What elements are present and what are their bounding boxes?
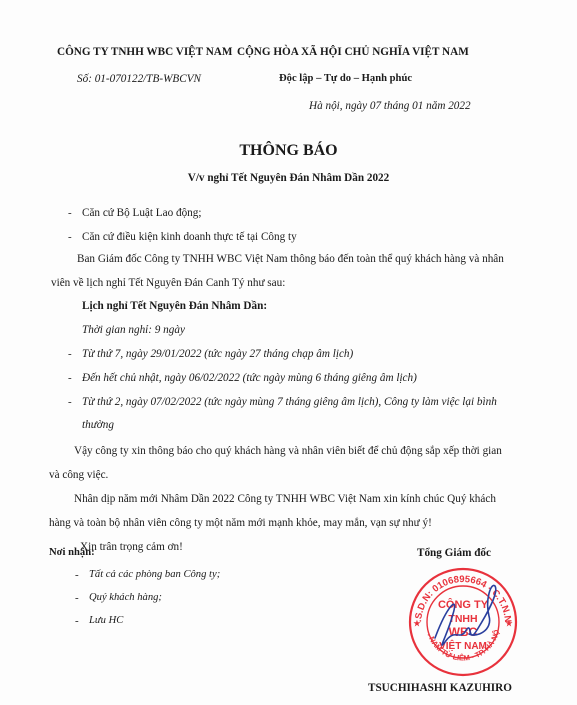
schedule-item: Đến hết chủ nhật, ngày 06/02/2022 (tức n… — [82, 372, 417, 384]
basis-item: Căn cứ điều kiện kinh doanh thực tế tại … — [82, 231, 297, 243]
bullet-dash: - — [68, 231, 72, 243]
motto: Độc lập – Tự do – Hạnh phúc — [279, 73, 412, 84]
bullet-dash: - — [68, 396, 72, 408]
bullet-dash: - — [68, 348, 72, 360]
notice-line-2: và công việc. — [49, 469, 108, 481]
schedule-item: Từ thứ 7, ngày 29/01/2022 (tức ngày 27 t… — [82, 348, 353, 360]
schedule-item-continuation: thường — [82, 419, 114, 431]
intro-line-1: Ban Giám đốc Công ty TNHH WBC Việt Nam t… — [77, 253, 504, 265]
place-date: Hà nội, ngày 07 tháng 01 năm 2022 — [309, 100, 471, 112]
svg-text:★: ★ — [413, 619, 421, 628]
signer-title: Tổng Giám đốc — [417, 547, 491, 559]
document-number: Số: 01-070122/TB-WBCVN — [77, 73, 201, 85]
document-title: THÔNG BÁO — [0, 142, 577, 160]
thanks: Xin trân trọng cảm ơn! — [80, 541, 183, 553]
recipient-item: Tất cả các phòng ban Công ty; — [89, 569, 220, 580]
bullet-dash: - — [75, 569, 79, 581]
stamp-line-3: WBC — [449, 625, 478, 639]
bullet-dash: - — [68, 372, 72, 384]
document-subject: V/v nghỉ Tết Nguyên Đán Nhâm Dần 2022 — [0, 172, 577, 184]
bullet-dash: - — [75, 615, 79, 627]
nation-title: CỘNG HÒA XÃ HỘI CHỦ NGHĨA VIỆT NAM — [237, 46, 469, 58]
bullet-dash: - — [75, 592, 79, 604]
intro-line-2: viên về lịch nghỉ Tết Nguyên Đán Canh Tý… — [51, 277, 285, 289]
company-stamp-icon: M.S.D.N: 0106895664 - C.T.N.NG Q. NAM TỪ… — [407, 566, 519, 678]
notice-line-1: Vậy công ty xin thông báo cho quý khách … — [74, 445, 502, 457]
recipient-item: Lưu HC — [89, 615, 123, 626]
bullet-dash: - — [68, 207, 72, 219]
company-name: CÔNG TY TNHH WBC VIỆT NAM — [57, 46, 232, 58]
basis-item: Căn cứ Bộ Luật Lao động; — [82, 207, 201, 219]
signer-name: TSUCHIHASHI KAZUHIRO — [368, 682, 512, 694]
stamp-line-1: CÔNG TY — [438, 598, 489, 611]
svg-text:★: ★ — [505, 619, 513, 628]
recipient-item: Quý khách hàng; — [89, 592, 162, 603]
schedule-heading: Lịch nghỉ Tết Nguyên Đán Nhâm Dần: — [82, 300, 267, 312]
wishes-line-1: Nhân dịp năm mới Nhâm Dần 2022 Công ty T… — [74, 493, 496, 505]
schedule-duration: Thời gian nghỉ: 9 ngày — [82, 324, 185, 336]
schedule-item: Từ thứ 2, ngày 07/02/2022 (tức ngày mùng… — [82, 396, 497, 408]
recipients-label: Nơi nhận: — [49, 547, 95, 558]
wishes-line-2: hàng và toàn bộ nhân viên công ty một nă… — [49, 517, 432, 529]
